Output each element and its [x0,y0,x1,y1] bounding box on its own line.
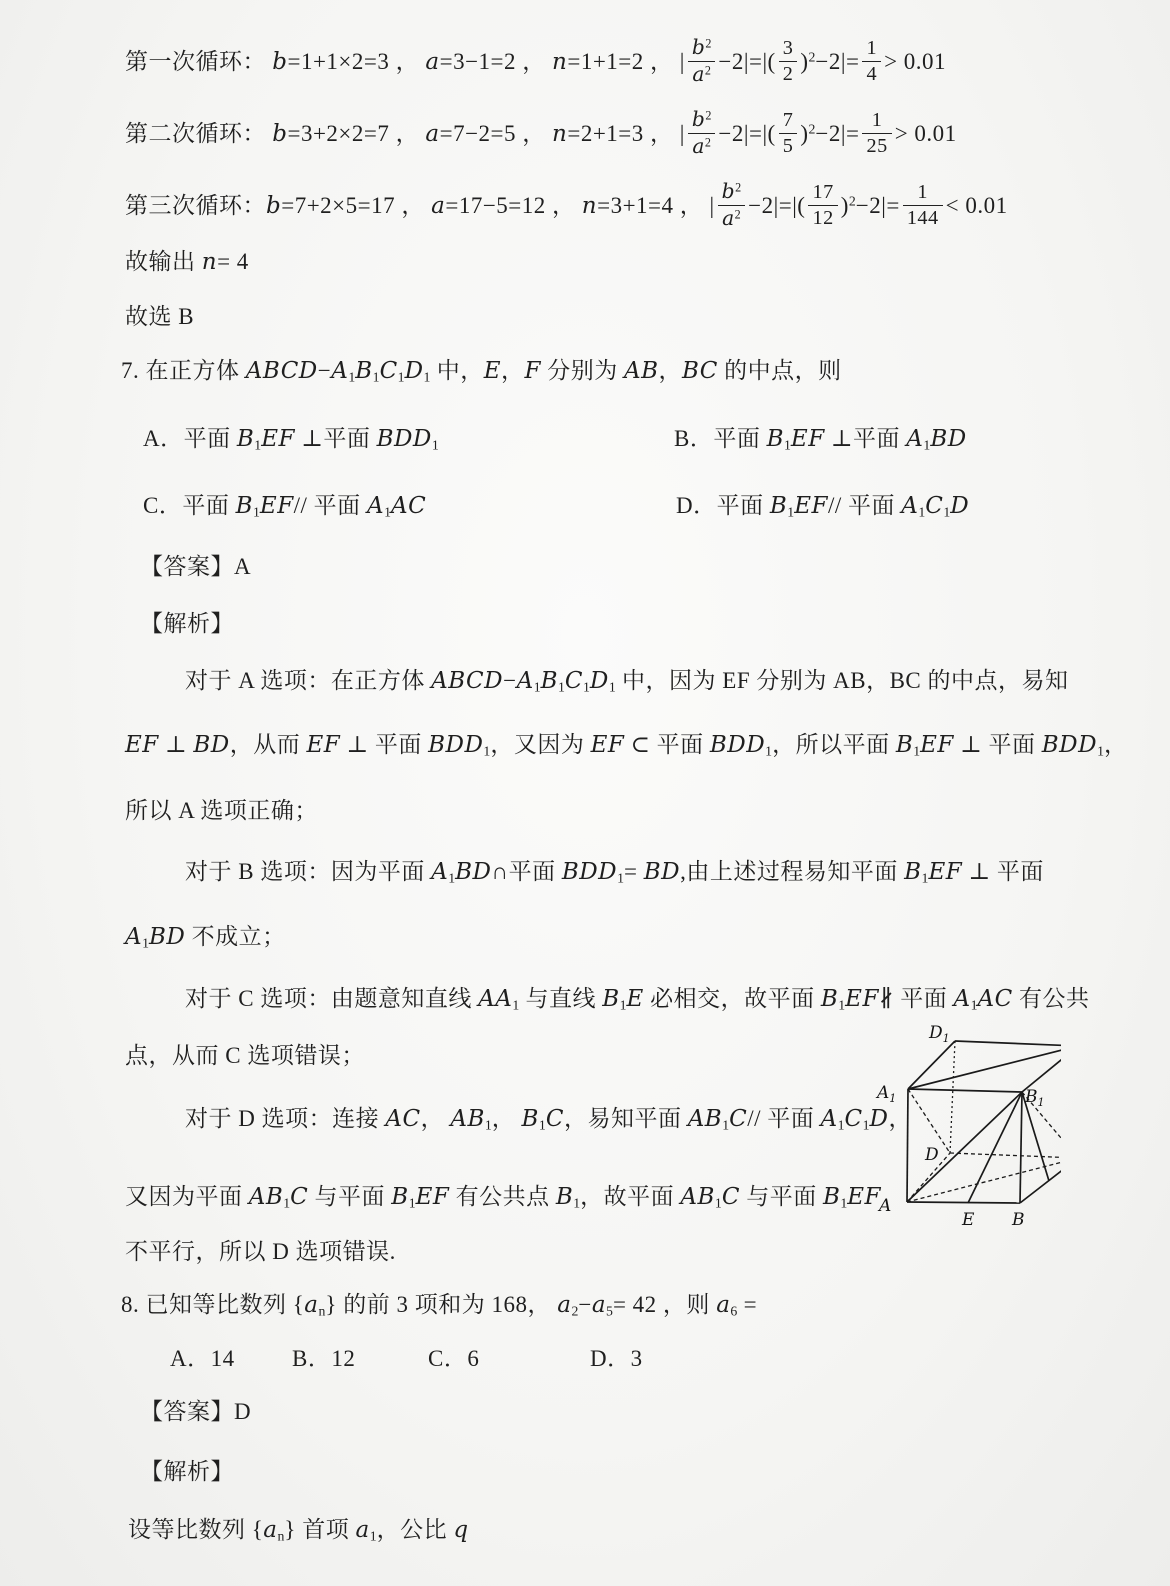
q8-option-c: C．6 [428,1340,479,1373]
document-page: 第一次循环： b=1+1×2=3 ， a=3−1=2 ， n=1+1=2 ， |… [0,0,1170,1586]
cube-edge [907,1089,908,1202]
q7-d-line-1: 对于 D 选项：连接 AC， AB1， B1C，易知平面 AB1C// 平面 A… [185,1100,912,1133]
cube-edge [908,1089,1022,1092]
vertex-label-E: E [961,1210,975,1230]
q7-option-b: B．平面 B1EF ⊥平面 A1BD [674,420,967,453]
cube-figure-q7: D1A1B1DAEB [865,1022,1061,1232]
fraction: 1144 [903,181,943,229]
q7-b-line-2: A1BD 不成立； [125,918,286,951]
cube-edge [1020,1092,1022,1203]
fraction: b2a2 [688,36,716,86]
q7-analysis-label: 【解析】 [140,605,234,638]
q8-option-a: A．14 [170,1340,235,1373]
q7-a-line-3: 所以 A 选项正确； [125,792,318,825]
q7-option-a: A．平面 B1EF ⊥平面 BDD1 [143,420,439,453]
cube-edge [907,1202,1020,1203]
fraction: 14 [862,37,881,85]
q7-d-line-2: 又因为平面 AB1C 与平面 B1EF 有公共点 B1，故平面 AB1C 与平面… [125,1178,881,1211]
vertex-label-A: A [877,1196,891,1216]
vertex-label-B: B [1011,1210,1025,1230]
vertex-label-A1: A1 [875,1083,896,1105]
fraction: b2a2 [718,180,746,230]
cube-edge [1020,1158,1061,1203]
output-line: 故输出 n= 4 [125,243,249,276]
loop-line-2: 第二次循环： b=3+2×2=7 ， a=7−2=5 ， n=2+1=3 ， |… [125,108,957,163]
cube-edge [950,1041,955,1153]
q7-a-line-2: EF ⊥ BD，从而 EF ⊥ 平面 BDD1，又因为 EF ⊂ 平面 BDD1… [125,726,1127,759]
cube-edge [908,1041,955,1089]
cube-edge [908,1089,950,1153]
cube-edge [1022,1046,1061,1092]
q7-d-line-3: 不平行，所以 D 选项错误. [125,1233,396,1266]
loop-line-3: 第三次循环：b=7+2×5=17 ， a=17−5=12 ， n=3+1=4 ，… [125,180,1008,235]
fraction: 1712 [808,181,837,229]
cube-edge [955,1041,1061,1046]
q7-a-line-1: 对于 A 选项：在正方体 ABCD−A1B1C1D1 中，因为 EF 分别为 A… [185,662,1069,695]
vertex-label-D: D [924,1145,939,1165]
q8-setup-line: 设等比数列 {an} 首项 a1，公比 q [128,1511,469,1544]
fraction: 32 [779,37,798,85]
vertex-label-D1: D1 [928,1023,950,1045]
q8-option-d: D．3 [590,1340,643,1373]
q7-b-line-1: 对于 B 选项：因为平面 A1BD∩平面 BDD1= BD,由上述过程易知平面 … [185,853,1044,886]
fraction: 125 [862,109,891,157]
cube-edge [908,1046,1061,1089]
loop-line-1: 第一次循环： b=1+1×2=3 ， a=3−1=2 ， n=1+1=2 ， |… [125,36,946,91]
q7-c-line-1: 对于 C 选项：由题意知直线 AA1 与直线 B1E 必相交，故平面 B1EF∦… [185,980,1089,1013]
q7-answer: 【答案】A [140,548,251,581]
cube-edge [968,1092,1022,1203]
q7-option-c: C．平面 B1EF// 平面 A1AC [143,487,426,520]
fraction: 75 [779,109,798,157]
question-7: 7. 在正方体 ABCD−A1B1C1D1 中，E，F 分别为 AB，BC 的中… [121,352,842,385]
fraction: b2a2 [688,108,716,158]
q8-answer: 【答案】D [140,1393,251,1426]
q7-c-line-2: 点，从而 C 选项错误； [125,1037,365,1070]
q8-analysis-label: 【解析】 [140,1453,234,1486]
question-8: 8. 已知等比数列 {an} 的前 3 项和为 168， a2−a5= 42 ，… [121,1286,757,1319]
q7-option-d: D．平面 B1EF// 平面 A1C1D [676,487,969,520]
cube-edge [950,1153,1061,1158]
q8-option-b: B．12 [292,1340,355,1373]
choice-line-q6: 故选 B [125,298,194,331]
vertex-label-B1: B1 [1024,1087,1045,1109]
